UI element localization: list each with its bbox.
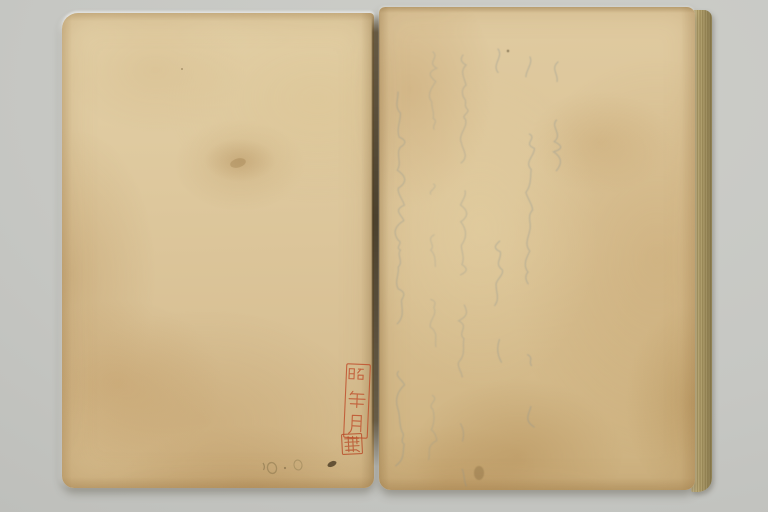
ghost-writing-column (458, 55, 468, 486)
ghost-writing-column (495, 49, 503, 362)
kanji-month (349, 415, 362, 434)
gutter-shadow (372, 14, 379, 466)
stamp-glyphs (342, 362, 371, 439)
ghost-writing-column (395, 92, 405, 466)
right-page (379, 7, 695, 490)
left-page (62, 13, 374, 488)
accession-date-stamp (342, 362, 371, 439)
kanji-showa (349, 369, 363, 380)
seal-glyph (340, 432, 363, 455)
kanji-year (349, 391, 366, 408)
ghost-writing-column (429, 52, 437, 490)
collection-seal (340, 432, 363, 455)
pencil-marks (62, 13, 374, 488)
photo-backdrop (0, 0, 768, 512)
paper-stains-left (62, 13, 374, 488)
paper-stains-right (379, 7, 695, 490)
ghost-writing (379, 7, 695, 490)
ghost-writing-column (554, 62, 561, 217)
ghost-writing-column (525, 57, 534, 466)
